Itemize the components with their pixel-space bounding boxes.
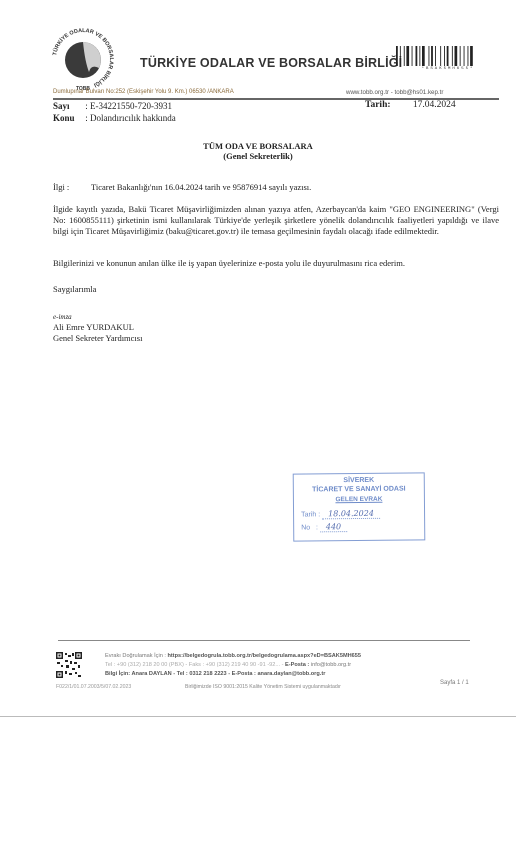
sayi-row: Sayı : E-34221550-720-3931 [53,101,172,111]
tobb-logo-icon: TÜRKİYE ODALAR VE BORSALAR BİRLİĞİ TOBB [48,24,118,94]
tel-fax: Tel : +90 (312) 218 20 00 (PBX) - Faks :… [105,662,283,668]
closing: Saygılarımla [53,284,499,295]
tarih-value: 17.04.2024 [413,100,456,110]
signer-name: Ali Emre YURDAKUL [53,322,134,332]
stamp-date-value: 18.04.2024 [322,509,380,520]
barcode-icon [396,46,500,66]
info-line: Bilgi İçin: Anara DAYLAN - Tel : 0312 21… [105,671,325,677]
konu-label: Konu [53,113,83,123]
stamp-no-label: No [301,524,310,531]
verify-line: Evrakı Doğrulamak İçin : https://belgedo… [105,653,361,659]
recipient-line2: (Genel Sekreterlik) [0,151,516,161]
recipient-line1: TÜM ODA VE BORSALARA [0,141,516,151]
stamp-date-row: Tarih : 18.04.2024 [301,509,380,519]
stamp-line2: TİCARET VE SANAYİ ODASI [294,485,424,493]
qr-code-icon[interactable] [56,652,82,678]
page-number: Sayfa 1 / 1 [440,680,469,686]
verify-label: Evrakı Doğrulamak İçin : [105,653,166,659]
ilgi-text: Ticaret Bakanlığı'nın 16.04.2024 tarih v… [91,182,311,192]
org-title: TÜRKİYE ODALAR VE BORSALAR BİRLİĞİ [140,56,402,70]
sayi-label: Sayı [53,101,83,111]
barcode-text: *BSAK5MH655* [396,67,500,71]
konu-row: Konu : Dolandırıcılık hakkında [53,113,176,123]
verify-link[interactable]: https://belgedogrula.tobb.org.tr/belgedo… [168,653,361,659]
sayi-value: : E-34221550-720-3931 [85,101,172,111]
email-label: E-Posta : [285,662,309,668]
signer-title: Genel Sekreter Yardımcısı [53,333,142,343]
document-page: TÜRKİYE ODALAR VE BORSALAR BİRLİĞİ TOBB … [0,0,516,717]
web-contact: www.tobb.org.tr - tobb@hs01.kep.tr [346,89,443,96]
ilgi-row: İlgi : Ticaret Bakanlığı'nın 16.04.2024 … [53,182,311,192]
stamp-no-row: No : 440 [301,522,347,531]
stamp-date-label: Tarih [301,511,316,518]
tarih-label: Tarih: [365,100,391,110]
body-paragraph-1: İlgide kayıtlı yazıda, Bakü Ticaret Müşa… [53,204,499,237]
eimza-label: e-imza [53,311,72,321]
email-link[interactable]: info@tobb.org.tr [311,662,351,668]
info-label: Bilgi İçin: Anara DAYLAN - Tel : 0312 21… [105,671,256,677]
stamp-line3: GELEN EVRAK [294,495,424,503]
body-paragraph-2: Bilgilerinizi ve konunun anılan ülke ile… [53,258,499,269]
contact-line: Tel : +90 (312) 218 20 00 (PBX) - Faks :… [105,662,351,668]
konu-value: : Dolandırıcılık hakkında [85,113,175,123]
address: Dumlupınar Bulvarı No:252 (Eskişehir Yol… [53,89,234,95]
stamp-no-value: 440 [320,522,347,532]
info-email-link[interactable]: anara.daylan@tobb.org.tr [257,671,325,677]
date-row: Tarih: 17.04.2024 [365,100,456,110]
stamp-line1: SİVEREK [294,476,424,484]
form-code: F022/1/01.07.2003/5/07.02.2023 [56,684,131,690]
ilgi-label: İlgi : [53,182,89,192]
incoming-stamp: SİVEREK TİCARET VE SANAYİ ODASI GELEN EV… [293,472,426,541]
footer-divider [58,640,470,641]
iso-note: Birliğimizde ISO 9001:2015 Kalite Yöneti… [185,684,341,690]
